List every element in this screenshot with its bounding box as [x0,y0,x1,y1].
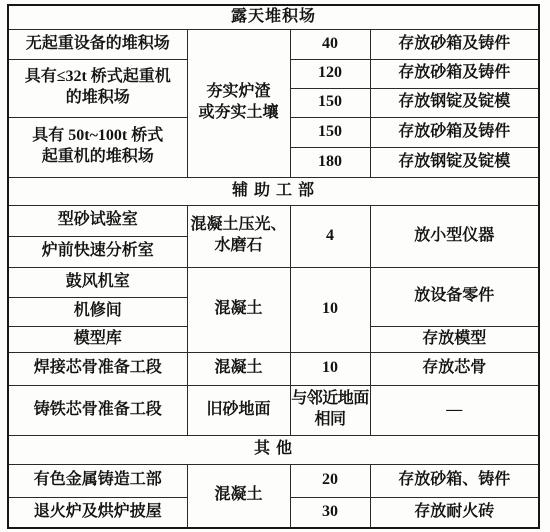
cell-load-value: 4 [290,205,370,267]
table-row: 无起重设备的堆积场 夯实炉渣 或夯实土壤 40 存放砂箱及铸件 [8,29,539,59]
cell-usage: 存放模型 [370,326,539,352]
cell-load-value: 20 [290,464,370,497]
cell-load-value: 与邻近地面 相同 [290,385,370,435]
section-header-row-other: 其 他 [8,435,539,464]
cell-usage: 存放砂箱及铸件 [370,59,539,88]
cell-site-name: 机修间 [8,297,187,326]
cell-floor-type: 夯实炉渣 或夯实土壤 [187,29,290,177]
cell-floor-type: 混凝土 [187,267,290,352]
table-row: 鼓风机室 混凝土 10 放设备零件 [8,267,539,297]
cell-site-name: 有色金属铸造工部 [8,464,187,497]
cell-usage: 存放芯骨 [370,352,539,385]
cell-usage: 存放耐火砖 [370,497,539,528]
cell-site-name: 炉前快速分析室 [8,236,187,267]
cell-usage: 存放砂箱及铸件 [370,29,539,59]
table-row: 铸铁芯骨准备工段 旧砂地面 与邻近地面 相同 — [8,385,539,435]
cell-load-value: 150 [290,117,370,147]
section-header-row-auxiliary: 辅 助 工 部 [8,177,539,205]
floor-load-spec-table: 露天堆积场 无起重设备的堆积场 夯实炉渣 或夯实土壤 40 存放砂箱及铸件 具有… [7,4,540,529]
section-header-row-open-air: 露天堆积场 [8,5,539,29]
cell-usage: 存放钢锭及锭模 [370,147,539,177]
cell-load-value: 180 [290,147,370,177]
cell-site-name: 鼓风机室 [8,267,187,297]
table-row: 型砂试验室 混凝土压光、 水磨石 4 放小型仪器 [8,205,539,236]
cell-load-value: 150 [290,88,370,117]
document-page: 露天堆积场 无起重设备的堆积场 夯实炉渣 或夯实土壤 40 存放砂箱及铸件 具有… [0,0,550,532]
section-title-open-air: 露天堆积场 [8,5,539,29]
cell-site-name: 型砂试验室 [8,205,187,236]
cell-load-value: 10 [290,267,370,352]
cell-usage: 存放钢锭及锭模 [370,88,539,117]
cell-site-name: 焊接芯骨准备工段 [8,352,187,385]
table-row: 焊接芯骨准备工段 混凝土 10 存放芯骨 [8,352,539,385]
table-row: 有色金属铸造工部 混凝土 20 存放砂箱、铸件 [8,464,539,497]
cell-usage: 放设备零件 [370,267,539,326]
cell-site-name: 铸铁芯骨准备工段 [8,385,187,435]
section-title-auxiliary: 辅 助 工 部 [8,177,539,205]
section-title-other: 其 他 [8,435,539,464]
cell-floor-type: 混凝土 [187,464,290,528]
cell-load-value: 10 [290,352,370,385]
cell-floor-type: 旧砂地面 [187,385,290,435]
cell-site-name: 退火炉及烘炉披屋 [8,497,187,528]
cell-floor-type: 混凝土 [187,352,290,385]
cell-load-value: 30 [290,497,370,528]
cell-usage: 存放砂箱及铸件 [370,117,539,147]
cell-usage: 存放砂箱、铸件 [370,464,539,497]
cell-usage: — [370,385,539,435]
cell-site-name: 模型库 [8,326,187,352]
cell-site-name: 无起重设备的堆积场 [8,29,187,59]
cell-site-name: 具有 50t~100t 桥式 起重机的堆积场 [8,117,187,177]
cell-load-value: 120 [290,59,370,88]
cell-floor-type: 混凝土压光、 水磨石 [187,205,290,267]
cell-load-value: 40 [290,29,370,59]
cell-usage: 放小型仪器 [370,205,539,267]
cell-site-name: 具有≤32t 桥式起重机 的堆积场 [8,59,187,117]
